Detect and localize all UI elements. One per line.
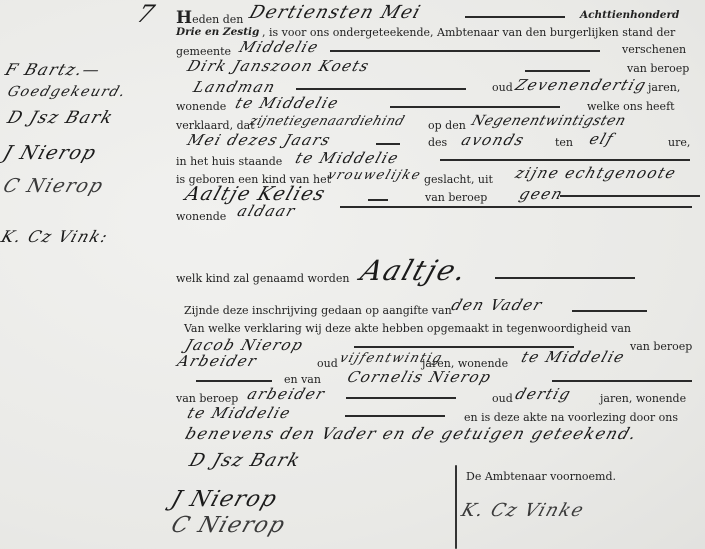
hw-informant: den Vader <box>449 296 545 314</box>
fill-line <box>560 195 700 197</box>
margin-signature-4: K. Cz Vink: <box>0 227 111 246</box>
hw-mother-occupation: geen <box>517 185 566 203</box>
fill-line <box>330 50 600 52</box>
printed-oud-3: oud <box>492 392 513 405</box>
hw-signed-by: benevens den Vader en de getuigen geteek… <box>183 424 640 443</box>
fill-line <box>376 143 400 145</box>
signature-witness2: C Nierop <box>168 513 289 538</box>
printed-van-beroep-2: van beroep <box>425 191 487 204</box>
printed-van-beroep: van beroep <box>627 62 689 75</box>
printed-ambtenaar: De Ambtenaar voornoemd. <box>466 470 616 483</box>
hw-relation: zijnetiegenaardiehind <box>248 114 407 129</box>
printed-jaren: jaren, <box>648 81 680 94</box>
printed-year: Drie en Zestig <box>176 26 259 38</box>
hw-residence: te Middelie <box>233 94 342 112</box>
hw-birth-house: te Middelie <box>293 149 402 167</box>
printed-voorlezing: en is deze akte na voorlezing door ons <box>464 411 678 424</box>
printed-oud-2: oud <box>317 357 338 370</box>
printed-van-welke: Van welke verklaring wij deze akte hebbe… <box>184 322 631 335</box>
hw-date-day: Dertiensten Mei <box>247 2 425 23</box>
hw-birth-day: Negenentwintigsten <box>469 113 628 129</box>
fill-line <box>525 70 590 72</box>
printed-ten: ten <box>555 136 573 149</box>
margin-correction-1: F Bartz.— <box>3 60 104 79</box>
margin-signature-3: C Nierop <box>0 175 106 197</box>
hw-child-name: Aaltje. <box>357 254 473 287</box>
hw-birth-month: Mei dezes Jaars <box>185 131 334 149</box>
printed-oud: oud <box>492 81 513 94</box>
hw-municipality: Middelie <box>237 38 322 56</box>
margin-correction-2: Goedgekeurd. <box>5 84 128 100</box>
hw-sex: vrouwelijke <box>326 168 424 183</box>
printed-century: Achttienhonderd <box>580 9 679 21</box>
signature-bracket <box>455 465 457 549</box>
fill-line <box>346 397 456 399</box>
printed-verschenen: verschenen <box>622 43 686 56</box>
hw-age: Zevenendertig <box>513 76 649 94</box>
signature-witness1: J Nierop <box>168 487 281 512</box>
printed-des: des <box>428 136 447 149</box>
hw-mother-relation: zijne echtgenoote <box>513 164 679 182</box>
fill-line <box>495 277 635 279</box>
fill-line <box>345 415 445 417</box>
hw-witness2-age: dertig <box>513 385 574 403</box>
fill-line <box>340 206 692 208</box>
margin-signature-1: D Jsz Bark <box>5 108 116 128</box>
hw-declarant: Dirk Janszoon Koets <box>185 57 372 75</box>
fill-line <box>440 159 690 161</box>
fill-line <box>296 88 466 90</box>
signature-official: K. Cz Vinke <box>459 500 588 521</box>
hw-hour: elf <box>587 130 617 148</box>
hw-witness2-name: Cornelis Nierop <box>345 368 494 386</box>
printed-line2: , is voor ons ondergeteekende, Ambtenaar… <box>262 26 675 39</box>
entry-number: 7 <box>133 0 159 28</box>
printed-welke: welke ons heeft <box>587 100 675 113</box>
printed-geslacht: geslacht, uit <box>424 173 493 186</box>
hw-witness2-residence: te Middelie <box>185 404 294 422</box>
printed-heden: Heden den <box>176 8 243 28</box>
hw-witness1-residence: te Middelie <box>519 348 628 366</box>
hw-mother-residence: aldaar <box>235 202 298 220</box>
printed-in-het-huis: in het huis staande <box>176 155 282 168</box>
hw-witness1-occupation: Arbeider <box>175 352 260 370</box>
margin-signature-2: J Nierop <box>0 142 99 164</box>
hw-time-of-day: avonds <box>459 131 527 149</box>
printed-genaamd: welk kind zal genaamd worden <box>176 272 349 285</box>
printed-jaren-wonende-2: jaren, wonende <box>600 392 686 405</box>
hw-witness2-occupation: arbeider <box>245 385 328 403</box>
fill-line <box>390 106 560 108</box>
register-page: 7 Heden den Dertiensten Mei Achttienhond… <box>0 0 705 549</box>
signature-declarant: D Jsz Bark <box>187 450 304 471</box>
fill-line <box>572 310 647 312</box>
printed-op-den: op den <box>428 119 466 132</box>
printed-ure: ure, <box>668 136 690 149</box>
printed-wonende-2: wonende <box>176 210 226 223</box>
fill-line <box>196 380 272 382</box>
fill-line <box>465 16 565 18</box>
fill-line <box>552 380 692 382</box>
fill-line <box>368 199 388 201</box>
printed-wonende: wonende <box>176 100 226 113</box>
printed-van-beroep-3: van beroep <box>630 340 692 353</box>
printed-zijnde: Zijnde deze inschrijving gedaan op aangi… <box>184 304 452 317</box>
